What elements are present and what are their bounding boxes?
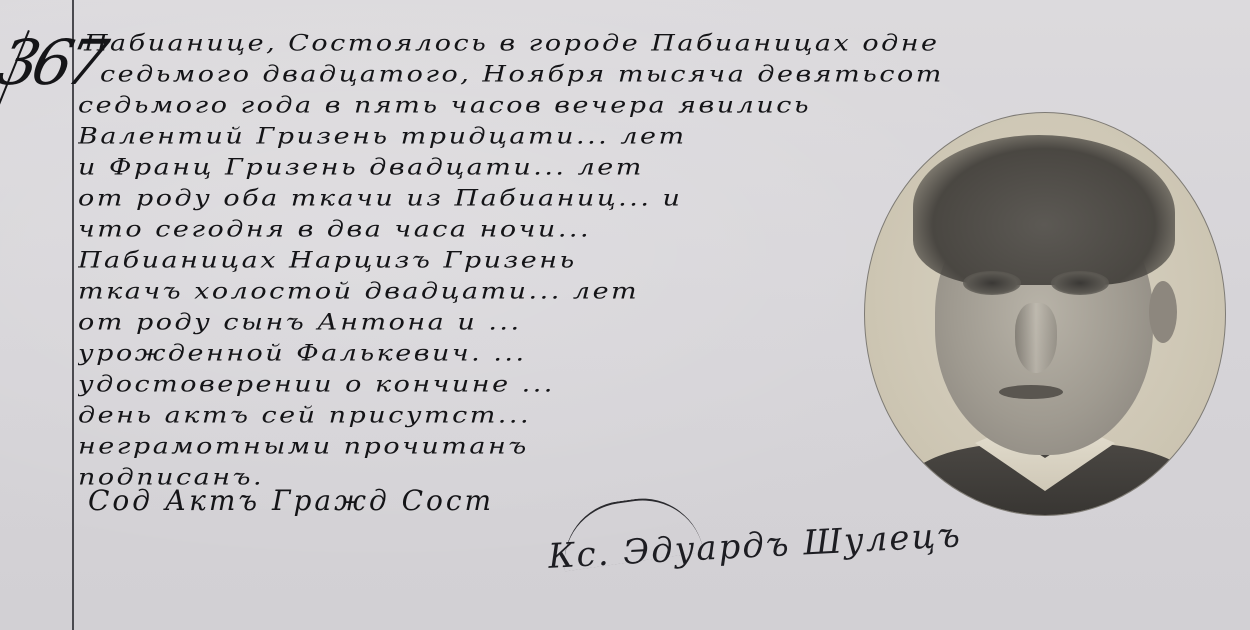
portrait-mouth [999,385,1063,399]
portrait-left-eye [963,271,1021,295]
portrait-hair [913,135,1175,285]
portrait-ear [1149,281,1177,343]
portrait-nose [1015,303,1057,373]
document-page: 367 Пабианице, Состоялось в городе Пабиа… [0,0,1250,630]
text-line: Пабианице, Состоялось в городе Пабианица… [78,31,1248,56]
portrait-right-eye [1051,271,1109,295]
oval-portrait-photo [864,112,1226,516]
text-line: седьмого двадцатого, Ноября тысяча девят… [78,62,1248,87]
closing-line: Сод Актъ Гражд Сост [88,484,494,517]
